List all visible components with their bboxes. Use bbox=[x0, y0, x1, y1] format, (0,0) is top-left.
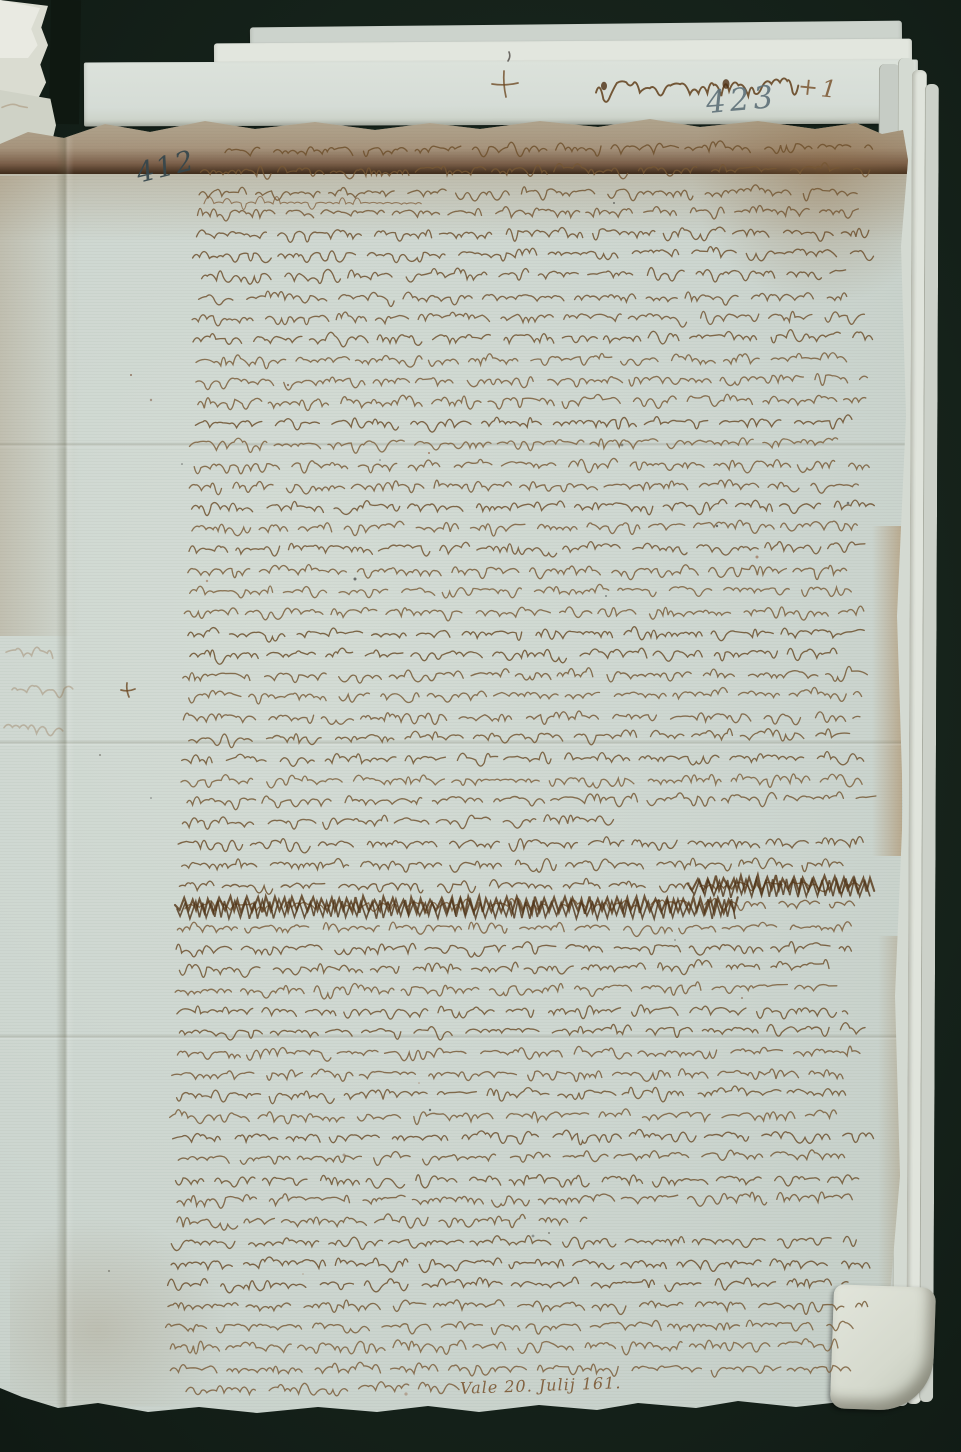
top-right-page-number: 423 bbox=[705, 79, 779, 121]
top-right-extra-mark: +1 bbox=[797, 72, 841, 104]
handwriting-ink-layer bbox=[0, 0, 961, 1452]
manuscript-scan: 412 423 +1 Vale 20. Julij 161. bbox=[0, 0, 961, 1452]
